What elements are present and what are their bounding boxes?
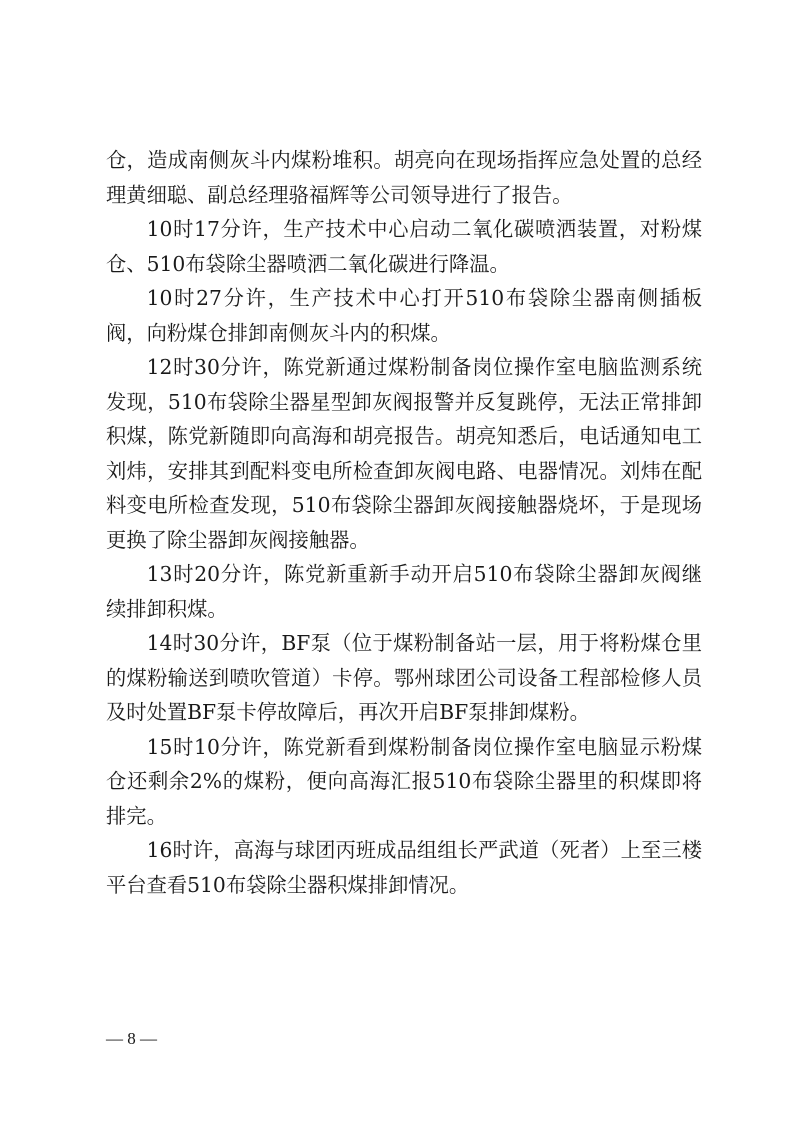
paragraph: 10时17分许，生产技术中心启动二氧化碳喷洒装置，对粉煤仓、510布袋除尘器喷洒… [106,212,702,281]
paragraph: 15时10分许，陈党新看到煤粉制备岗位操作室电脑显示粉煤仓还剩余2%的煤粉，便向… [106,730,702,834]
paragraph: 13时20分许，陈党新重新手动开启510布袋除尘器卸灰阀继续排卸积煤。 [106,557,702,626]
paragraph: 10时27分许，生产技术中心打开510布袋除尘器南侧插板阀，向粉煤仓排卸南侧灰斗… [106,281,702,350]
paragraph: 16时许，高海与球团丙班成品组组长严武道（死者）上至三楼平台查看510布袋除尘器… [106,833,702,902]
paragraph: 12时30分许，陈党新通过煤粉制备岗位操作室电脑监测系统发现，510布袋除尘器星… [106,350,702,557]
page-number: — 8 — [106,1028,157,1050]
paragraph: 14时30分许，BF泵（位于煤粉制备站一层，用于将粉煤仓里的煤粉输送到喷吹管道）… [106,626,702,730]
paragraph: 仓，造成南侧灰斗内煤粉堆积。胡亮向在现场指挥应急处置的总经理黄细聪、副总经理骆福… [106,143,702,212]
document-body: 仓，造成南侧灰斗内煤粉堆积。胡亮向在现场指挥应急处置的总经理黄细聪、副总经理骆福… [106,143,702,902]
